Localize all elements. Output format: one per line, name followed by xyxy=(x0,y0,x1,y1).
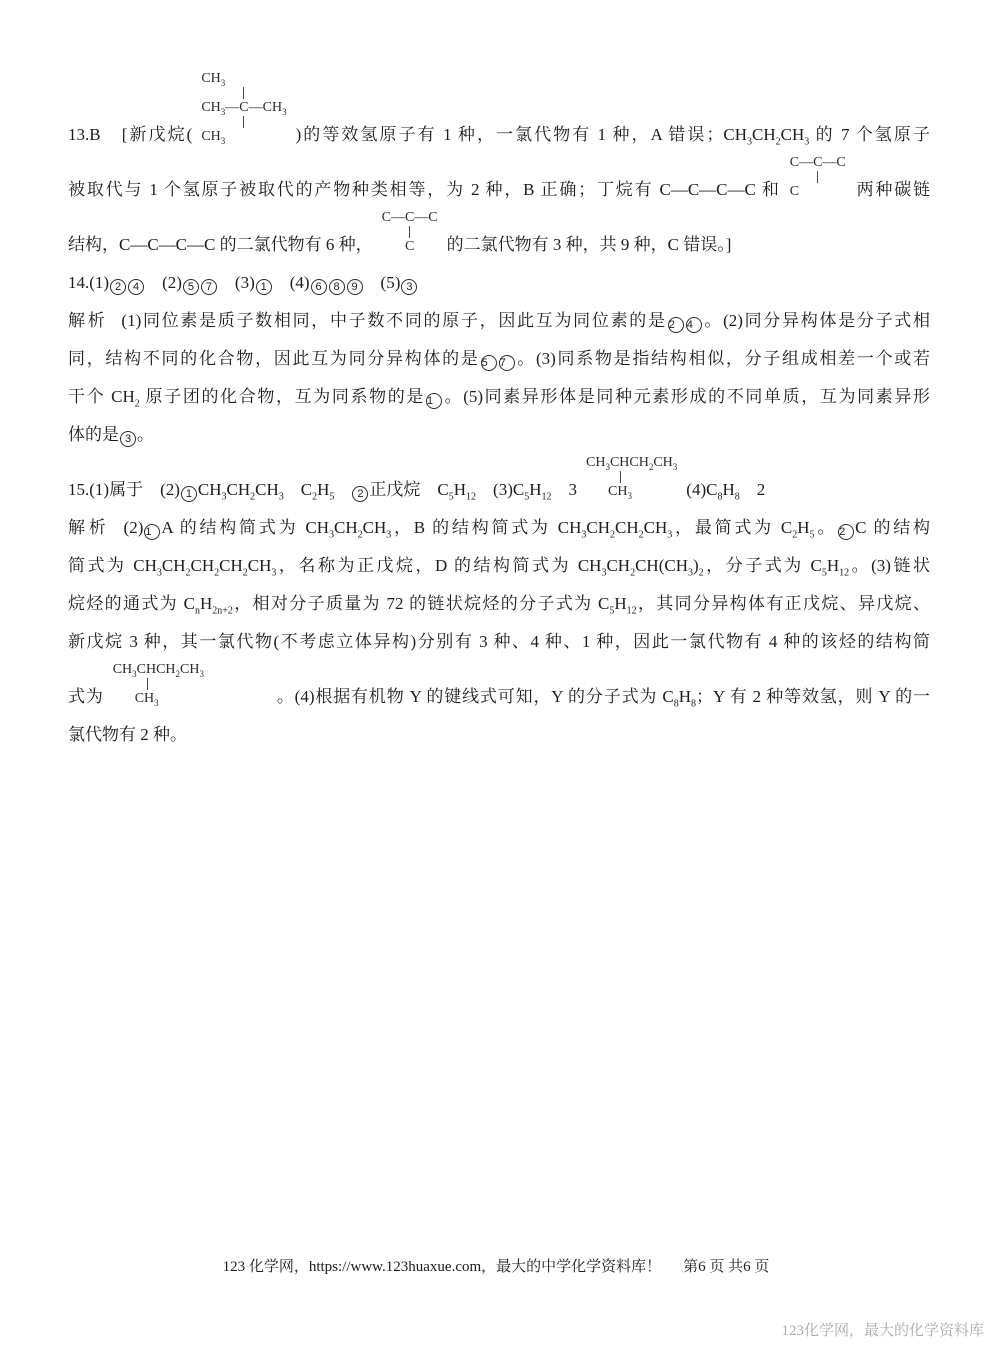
q15-analysis-line-1: 解析(2)1A 的结构简式为 CH3CH2CH3，B 的结构简式为 CH3CH2… xyxy=(68,509,930,547)
structure-branch-methyl: CH3 xyxy=(135,690,204,707)
q15-analysis-text-6: 氯代物有 2 种。 xyxy=(68,725,187,744)
structure-isobutane-skeleton-1: C—C—CC xyxy=(790,154,846,200)
page-number-indicator: 第6 页 共6 页 xyxy=(683,1259,769,1275)
bond-vertical-line xyxy=(243,87,244,99)
q13-line2-text-pre: 被取代与 1 个氢原子被取代的产物种类相等，为 2 种，B 正确；丁烷有 C—C… xyxy=(68,180,781,199)
bond-vertical-line xyxy=(243,116,244,128)
q15-analysis-text-5-post: 。(4)根据有机物 Y 的键线式可知，Y 的分子式为 C8H8；Y 有 2 种等… xyxy=(276,687,930,706)
q14-analysis-text-4: 体的是3。 xyxy=(68,425,154,444)
q13-line1-text-post: )的等效氢原子有 1 种，一氯代物有 1 种，A 错误；CH3CH2CH3 的 … xyxy=(296,125,930,144)
q13-line3-text-post: 的二氯代物有 3 种，共 9 种，C 错误。] xyxy=(447,235,732,254)
structure-neopentane: CH3CH3—C—CH3CH3 xyxy=(201,70,286,145)
q14-answer-text: 14.(1)24 (2)57 (3)1 (4)689 (5)3 xyxy=(68,273,418,292)
document-page: 13.B [新戊烷(CH3CH3—C—CH3CH3)的等效氢原子有 1 种，一氯… xyxy=(0,0,992,1347)
q14-answer-line: 14.(1)24 (2)57 (3)1 (4)689 (5)3 xyxy=(68,264,930,302)
q15-analysis-line-4: 新戊烷 3 种，其一氯代物(不考虑立体异构)分别有 3 种、4 种、1 种，因此… xyxy=(68,623,930,661)
q14-analysis-line-2: 同，结构不同的化合物，因此互为同分异构体的是57。(3)同系物是指结构相似，分子… xyxy=(68,340,930,378)
bond-vertical-line xyxy=(409,226,410,238)
q13-line3-text-pre: 结构，C—C—C—C 的二氯代物有 6 种， xyxy=(68,235,373,254)
structure-branch-carbon: C xyxy=(790,183,846,200)
analysis-label: 解析 xyxy=(68,518,110,537)
q15-analysis-line-5: 式为CH3CHCH2CH3CH3。(4)根据有机物 Y 的键线式可知，Y 的分子… xyxy=(68,661,930,716)
q15-answer-text-post: (4)C8H8 2 xyxy=(686,480,765,499)
q15-analysis-text-3: 烷烃的通式为 CnH2n+2，相对分子质量为 72 的链状烷烃的分子式为 C5H… xyxy=(68,594,930,613)
structure-top-chain: CH3CHCH2CH3 xyxy=(113,661,204,678)
q13-line1-text-pre: 13.B [新戊烷( xyxy=(68,125,192,144)
q14-analysis-text-2: 同，结构不同的化合物，因此互为同分异构体的是57。(3)同系物是指结构相似，分子… xyxy=(68,349,930,368)
structure-top-chain: CH3CHCH2CH3 xyxy=(586,454,677,471)
structure-isopentane-2: CH3CHCH2CH3CH3 xyxy=(113,661,204,707)
q15-analysis-line-2: 简式为 CH3CH2CH2CH2CH3，名称为正戊烷，D 的结构简式为 CH3C… xyxy=(68,547,930,585)
q15-analysis-line-6: 氯代物有 2 种。 xyxy=(68,716,930,754)
analysis-label: 解析 xyxy=(68,311,107,330)
q14-analysis-text-3: 干个 CH2 原子团的化合物，互为同系物的是1。(5)同素异形体是同种元素形成的… xyxy=(68,387,930,406)
structure-branch-carbon: C xyxy=(382,238,438,255)
q13-line2-text-post: 两种碳链 xyxy=(855,180,930,199)
structure-branch-methyl: CH3 xyxy=(608,483,677,500)
q14-analysis-line-1: 解析(1)同位素是质子数相同，中子数不同的原子，因此互为同位素的是24。(2)同… xyxy=(68,302,930,340)
q14-analysis-line-4: 体的是3。 xyxy=(68,416,930,454)
structure-top-group: CH3 xyxy=(201,70,286,87)
q14-analysis-text-1: (1)同位素是质子数相同，中子数不同的原子，因此互为同位素的是24。(2)同分异… xyxy=(121,311,930,330)
q15-answer-text-pre: 15.(1)属于 (2)1CH3CH2CH3 C2H5 2正戊烷 C5H12 (… xyxy=(68,480,577,499)
q15-analysis-text-4: 新戊烷 3 种，其一氯代物(不考虑立体异构)分别有 3 种、4 种、1 种，因此… xyxy=(68,632,930,651)
bond-vertical-line xyxy=(817,171,818,183)
q15-analysis-text-2: 简式为 CH3CH2CH2CH2CH3，名称为正戊烷，D 的结构简式为 CH3C… xyxy=(68,556,930,575)
q13-line-1: 13.B [新戊烷(CH3CH3—C—CH3CH3)的等效氢原子有 1 种，一氯… xyxy=(68,70,930,154)
q15-answer-line: 15.(1)属于 (2)1CH3CH2CH3 C2H5 2正戊烷 C5H12 (… xyxy=(68,454,930,509)
q15-analysis-text-1: (2)1A 的结构简式为 CH3CH2CH3，B 的结构简式为 CH3CH2CH… xyxy=(124,518,930,537)
q13-line-3: 结构，C—C—C—C 的二氯代物有 6 种，C—C—CC的二氯代物有 3 种，共… xyxy=(68,209,930,264)
q14-analysis-line-3: 干个 CH2 原子团的化合物，互为同系物的是1。(5)同素异形体是同种元素形成的… xyxy=(68,378,930,416)
bond-vertical-line xyxy=(620,471,621,483)
structure-top-chain: C—C—C xyxy=(790,154,846,171)
watermark-text: 123化学网，最大的化学资料库 xyxy=(781,1319,984,1340)
page-footer: 123 化学网，https://www.123huaxue.com，最大的中学化… xyxy=(0,1257,992,1277)
structure-bottom-group: CH3 xyxy=(201,128,286,145)
structure-mid-chain: CH3—C—CH3 xyxy=(201,99,286,116)
structure-isobutane-skeleton-2: C—C—CC xyxy=(382,209,438,255)
bond-vertical-line xyxy=(147,678,148,690)
q15-analysis-text-5-pre: 式为 xyxy=(68,687,104,706)
structure-isopentane-1: CH3CHCH2CH3CH3 xyxy=(586,454,677,500)
footer-site-text: 123 化学网，https://www.123huaxue.com，最大的中学化… xyxy=(223,1259,662,1275)
structure-top-chain: C—C—C xyxy=(382,209,438,226)
answer-content: 13.B [新戊烷(CH3CH3—C—CH3CH3)的等效氢原子有 1 种，一氯… xyxy=(68,58,930,754)
q15-analysis-line-3: 烷烃的通式为 CnH2n+2，相对分子质量为 72 的链状烷烃的分子式为 C5H… xyxy=(68,585,930,623)
q13-line-2: 被取代与 1 个氢原子被取代的产物种类相等，为 2 种，B 正确；丁烷有 C—C… xyxy=(68,154,930,209)
